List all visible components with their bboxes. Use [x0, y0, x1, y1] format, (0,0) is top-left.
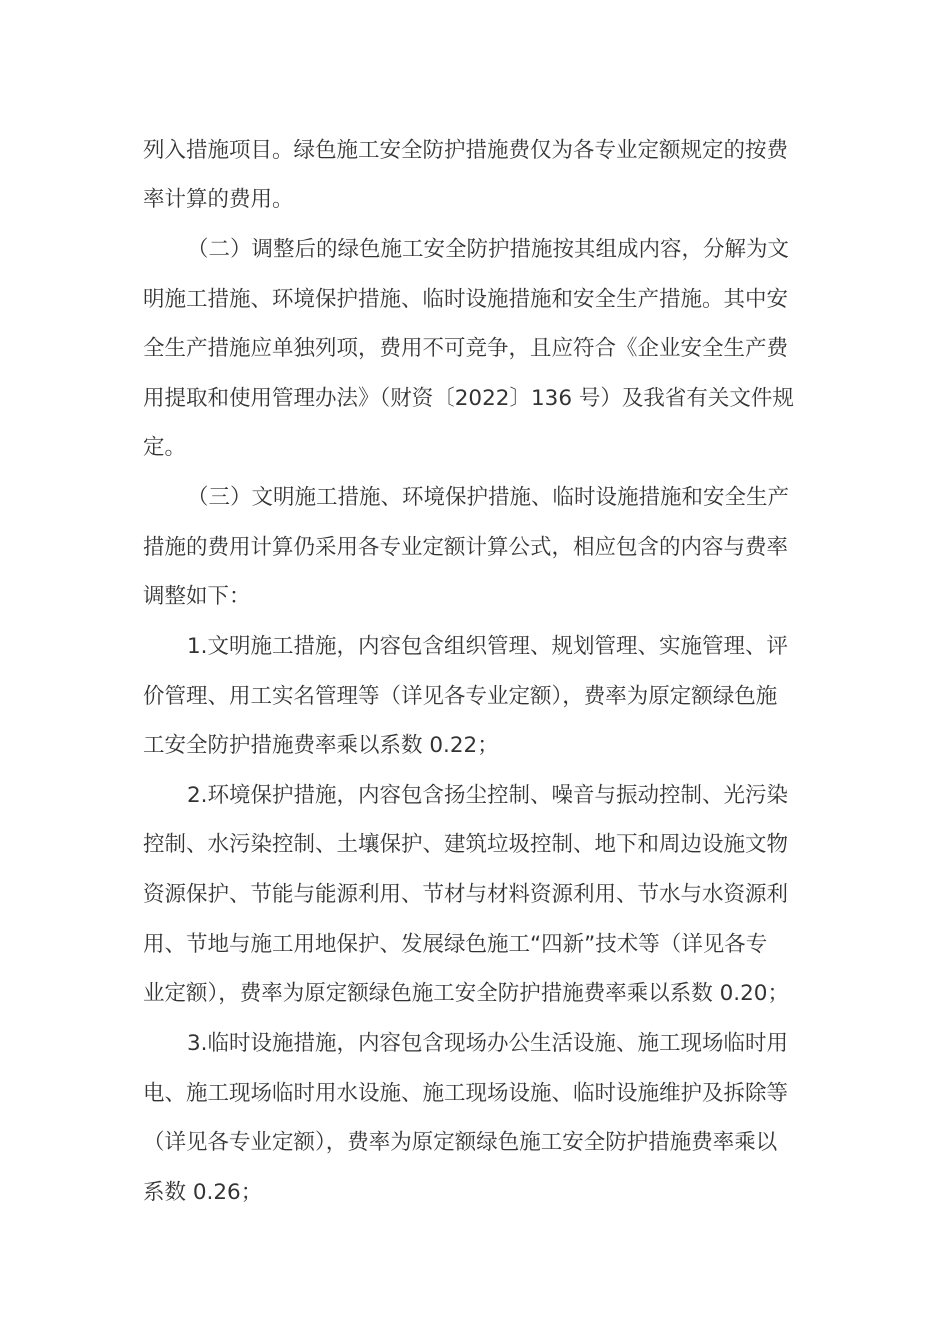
paragraph-2-start: （二）调整后的绿色施工安全防护措施按其组成内容，分解为文	[187, 236, 847, 264]
text-line: 控制、水污染控制、土壤保护、建筑垃圾控制、地下和周边设施文物	[143, 831, 803, 859]
text-line: 明施工措施、环境保护措施、临时设施措施和安全生产措施。其中安	[143, 286, 803, 314]
text-line: 全生产措施应单独列项，费用不可竞争，且应符合《企业安全生产费	[143, 335, 803, 363]
list-item-2-start: 2.环境保护措施，内容包含扬尘控制、噪音与振动控制、光污染	[187, 782, 847, 810]
document-page: 列入措施项目。绿色施工安全防护措施费仅为各专业定额规定的按费 率计算的费用。 （…	[0, 0, 950, 1344]
paragraph-3-start: （三）文明施工措施、环境保护措施、临时设施措施和安全生产	[187, 484, 847, 512]
text-line: 用、节地与施工用地保护、发展绿色施工“四新”技术等（详见各专	[143, 931, 803, 959]
text-line: 列入措施项目。绿色施工安全防护措施费仅为各专业定额规定的按费	[143, 137, 803, 165]
text-line: 电、施工现场临时用水设施、施工现场设施、临时设施维护及拆除等	[143, 1080, 803, 1108]
text-line: 率计算的费用。	[143, 186, 803, 214]
text-line: 工安全防护措施费率乘以系数 0.22；	[143, 732, 803, 760]
list-item-3-start: 3.临时设施措施，内容包含现场办公生活设施、施工现场临时用	[187, 1030, 847, 1058]
text-line: 措施的费用计算仍采用各专业定额计算公式，相应包含的内容与费率	[143, 534, 803, 562]
text-line: 定。	[143, 434, 803, 462]
text-line: 业定额），费率为原定额绿色施工安全防护措施费率乘以系数 0.20；	[143, 980, 803, 1008]
text-line: 调整如下：	[143, 583, 803, 611]
text-line: （详见各专业定额），费率为原定额绿色施工安全防护措施费率乘以	[143, 1129, 803, 1157]
text-line: 资源保护、节能与能源利用、节材与材料资源利用、节水与水资源利	[143, 881, 803, 909]
list-item-1-start: 1.文明施工措施，内容包含组织管理、规划管理、实施管理、评	[187, 633, 847, 661]
text-line: 用提取和使用管理办法》（财资〔2022〕136 号）及我省有关文件规	[143, 385, 803, 413]
text-line: 系数 0.26；	[143, 1179, 803, 1207]
text-line: 价管理、用工实名管理等（详见各专业定额），费率为原定额绿色施	[143, 683, 803, 711]
